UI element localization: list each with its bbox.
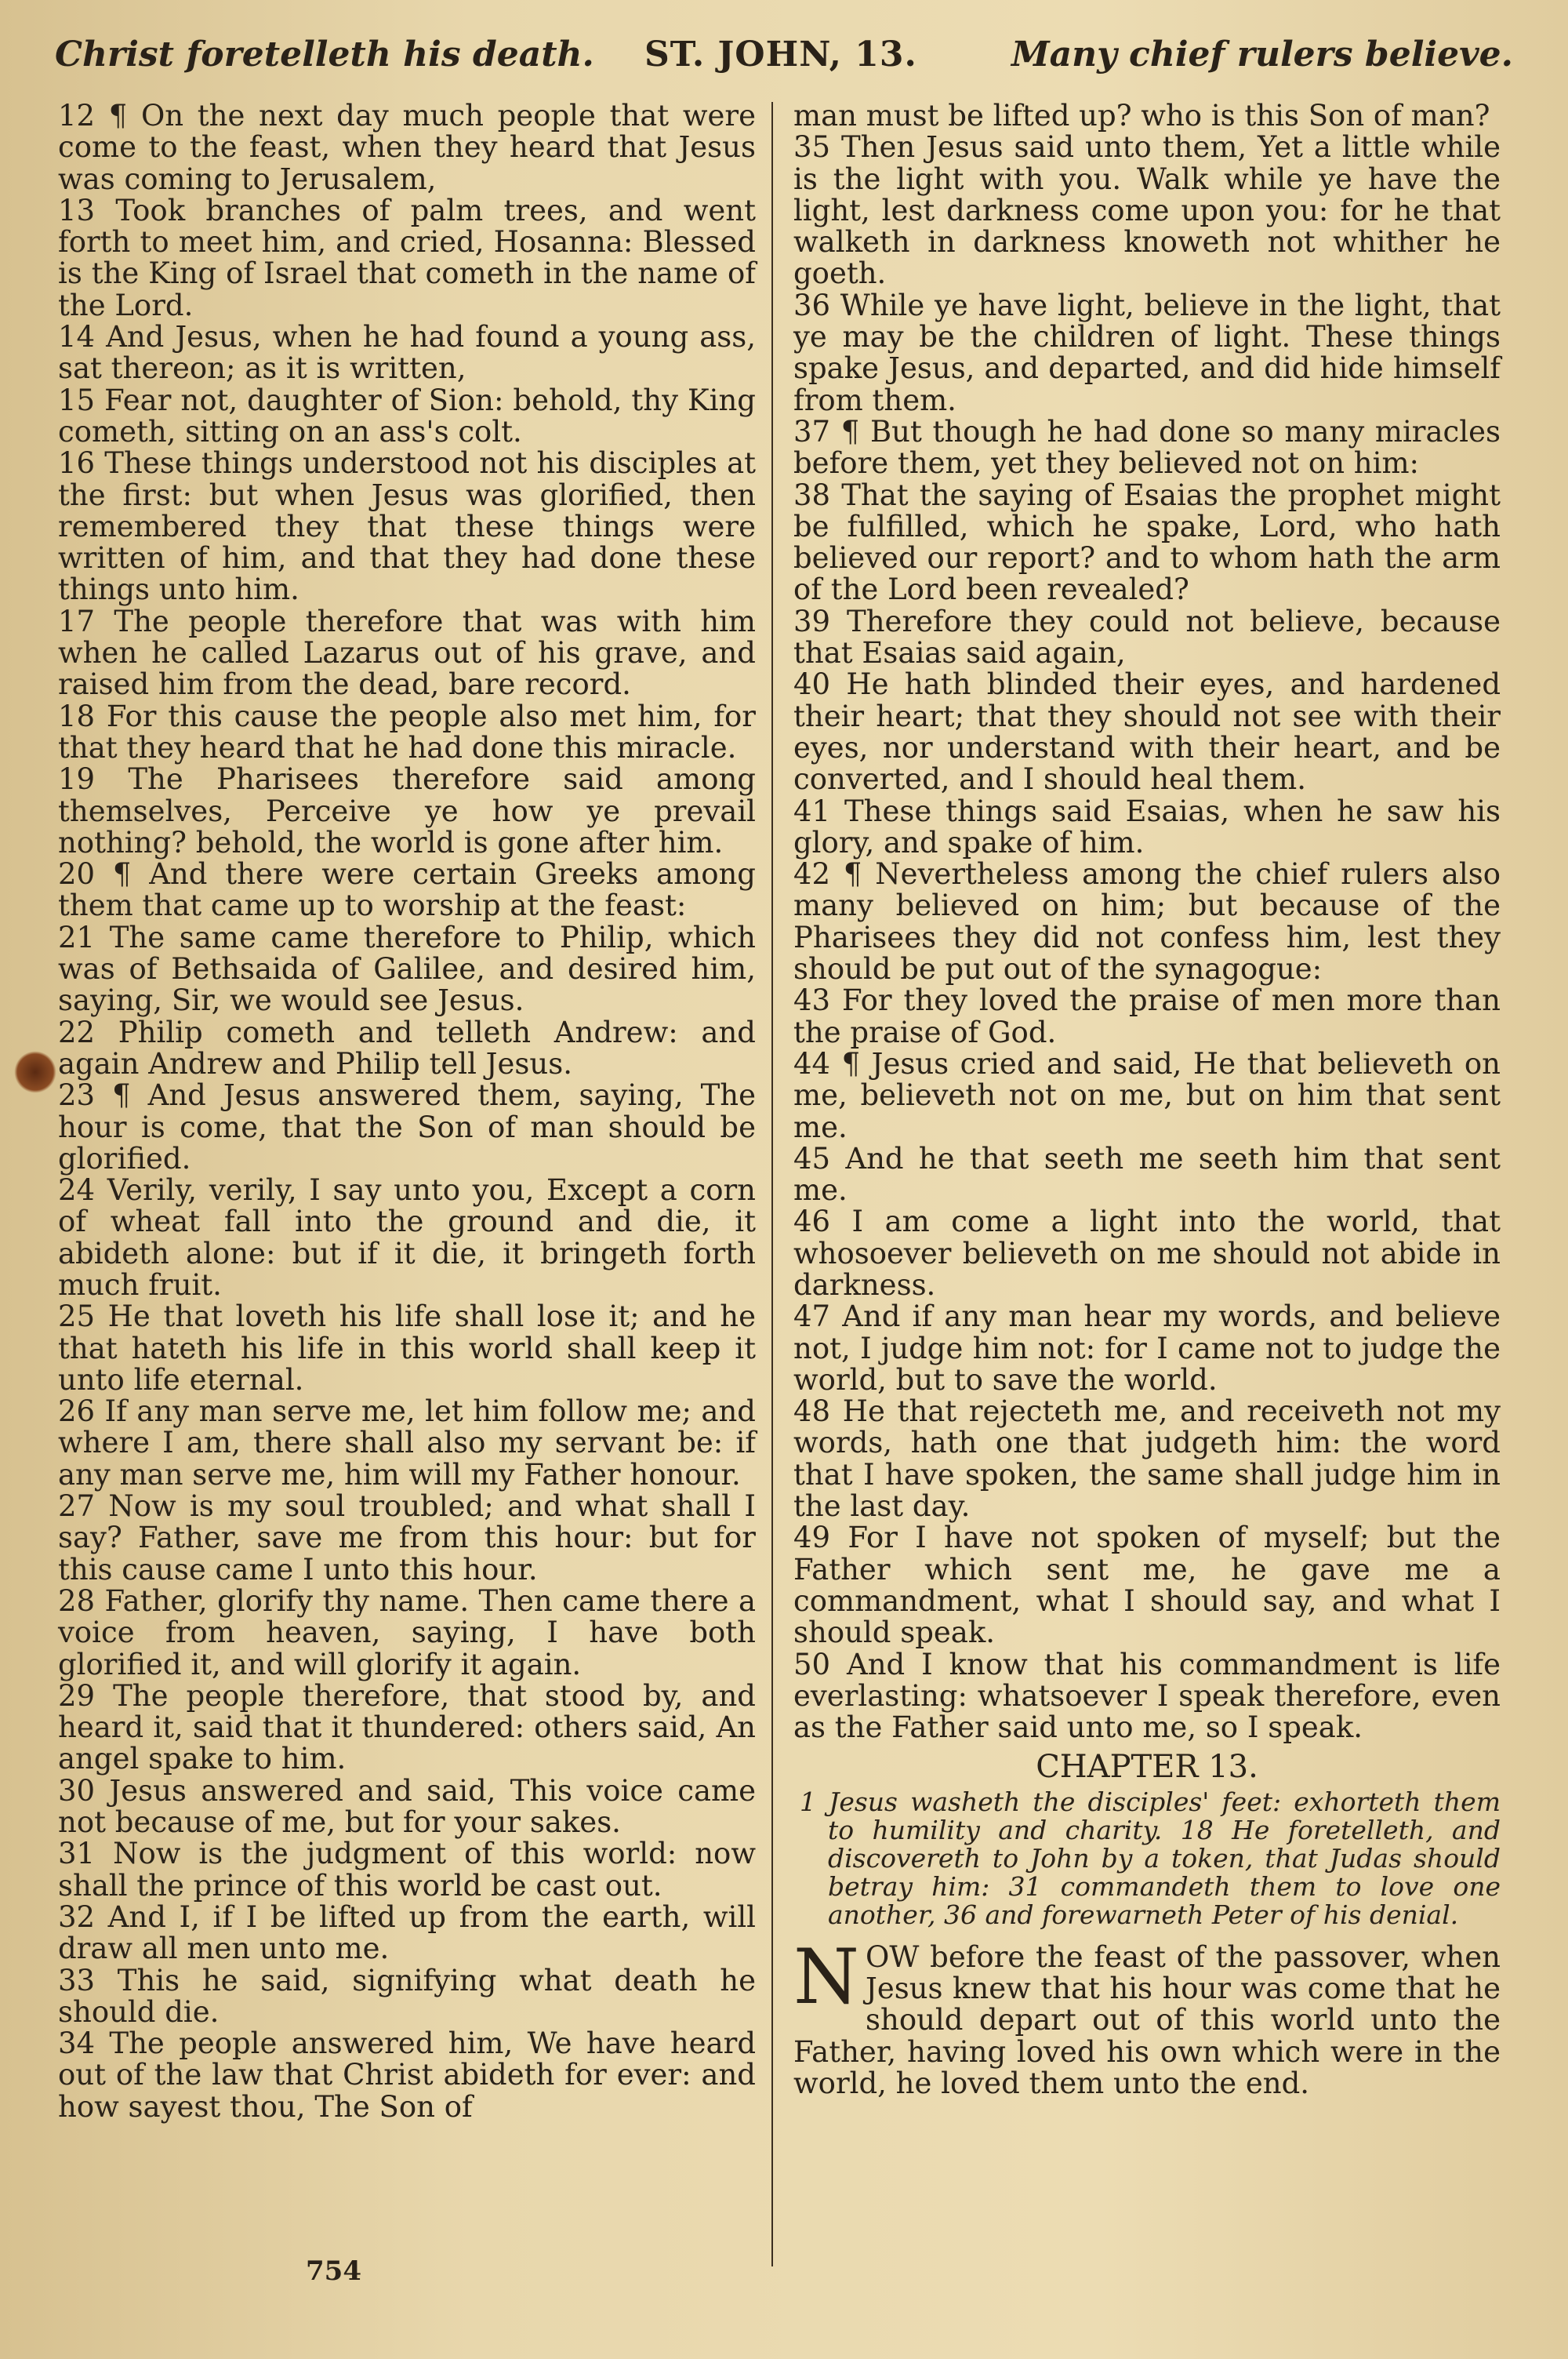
verse: 32 And I, if I be lifted up from the ear… [58,1902,756,1965]
verse: 23 ¶ And Jesus answered them, saying, Th… [58,1080,756,1175]
verse: 39 Therefore they could not believe, bec… [793,606,1501,670]
verse: 18 For this cause the people also met hi… [58,701,756,765]
verse: 16 These things understood not his disci… [58,448,756,605]
verse: 35 Then Jesus said unto them, Yet a litt… [793,132,1501,289]
header-right: Many chief rulers believe. [1011,35,1513,75]
verse: 15 Fear not, daughter of Sion: behold, t… [58,385,756,449]
verse: 33 This he said, signifying what death h… [58,1965,756,2029]
verse: 50 And I know that his commandment is li… [793,1649,1501,1744]
verse: 19 The Pharisees therefore said among th… [58,764,756,859]
verse: 30 Jesus answered and said, This voice c… [58,1776,756,1839]
verse: 40 He hath blinded their eyes, and harde… [793,669,1501,795]
verse: 43 For they loved the praise of men more… [793,985,1501,1049]
verse: 42 ¶ Nevertheless among the chief rulers… [793,859,1501,985]
verse: 27 Now is my soul troubled; and what sha… [58,1491,756,1586]
column-divider [771,102,773,2266]
page-stain [14,1051,56,1093]
verse: 25 He that loveth his life shall lose it… [58,1301,756,1396]
header-left: Christ foretelleth his death. [55,35,594,75]
page-number: 754 [306,2255,361,2287]
verse: 34 The people answered him, We have hear… [58,2028,756,2123]
verse: 17 The people therefore that was with hi… [58,606,756,701]
verse: 44 ¶ Jesus cried and said, He that belie… [793,1049,1501,1143]
verse: 12 ¶ On the next day much people that we… [58,100,756,195]
chapter-first-verse: NOW before the feast of the passover, wh… [793,1942,1501,2099]
verse: 21 The same came therefore to Philip, wh… [58,922,756,1017]
verse: 24 Verily, verily, I say unto you, Excep… [58,1175,756,1301]
verse: 37 ¶ But though he had done so many mira… [793,416,1501,480]
verse: 13 Took branches of palm trees, and went… [58,195,756,322]
chapter-summary: 1 Jesus washeth the disciples' feet: exh… [793,1788,1501,1929]
verse: 38 That the saying of Esaias the prophet… [793,480,1501,606]
verse: 28 Father, glorify thy name. Then came t… [58,1586,756,1681]
book-page: Christ foretelleth his death. ST. JOHN, … [0,0,1568,2359]
drop-cap: N [793,1945,859,2009]
verse: 20 ¶ And there were certain Greeks among… [58,859,756,922]
chapter-title: CHAPTER 13. [793,1751,1501,1783]
verse: 14 And Jesus, when he had found a young … [58,322,756,385]
left-column: 12 ¶ On the next day much people that we… [58,100,756,2123]
right-column: man must be lifted up? who is this Son o… [793,100,1501,2099]
verse: 31 Now is the judgment of this world: no… [58,1838,756,1902]
verse: 49 For I have not spoken of myself; but … [793,1522,1501,1648]
verse: 41 These things said Esaias, when he saw… [793,796,1501,860]
verse: 48 He that rejecteth me, and receiveth n… [793,1396,1501,1522]
verse: 36 While ye have light, believe in the l… [793,290,1501,416]
verse: 29 The people therefore, that stood by, … [58,1681,756,1776]
running-header: Christ foretelleth his death. ST. JOHN, … [55,35,1513,82]
header-center: ST. JOHN, 13. [644,35,917,75]
first-verse-text: OW before the feast of the passover, whe… [793,1940,1501,2100]
verse: 47 And if any man hear my words, and bel… [793,1301,1501,1396]
verse: 46 I am come a light into the world, tha… [793,1206,1501,1301]
verse: 22 Philip cometh and telleth Andrew: and… [58,1017,756,1081]
verse: 26 If any man serve me, let him follow m… [58,1396,756,1491]
verse: 45 And he that seeth me seeth him that s… [793,1143,1501,1207]
verse: man must be lifted up? who is this Son o… [793,100,1501,132]
